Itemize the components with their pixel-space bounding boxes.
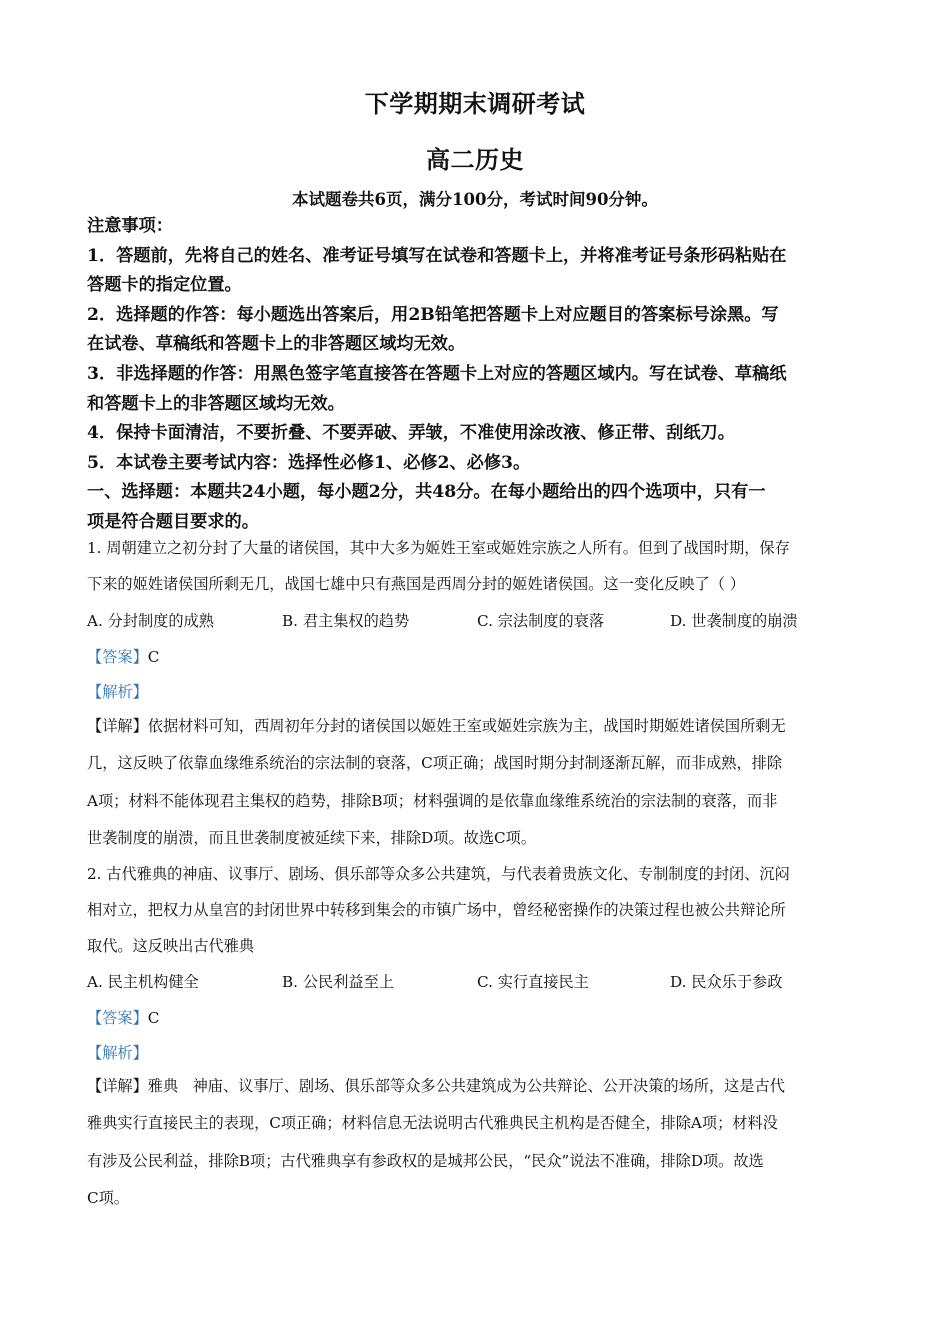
detail-line: 雅典实行直接民主的表现，C项正确；材料信息无法说明古代雅典民主机构是否健全，排除…	[87, 1105, 867, 1142]
question-line: 取代。这反映出古代雅典	[87, 928, 867, 964]
question-2-analysis: 【解析】	[87, 1042, 148, 1063]
answer-label: 【答案】	[87, 1009, 148, 1027]
detail-line: 依据材料可知，西周初年分封的诸侯国以姬姓王室或姬姓宗族为主，战国时期姬姓诸侯国所…	[148, 717, 786, 735]
detail-line: 几，这反映了依靠血缘维系统治的宗法制的衰落，C项正确；战国时期分封制逐渐瓦解，而…	[87, 745, 867, 782]
notice-line: 和答题卡上的非答题区域均无效。	[87, 390, 877, 420]
notice-section: 注意事项： 1．答题前，先将自己的姓名、准考证号填写在试卷和答题卡上，并将准考证…	[87, 212, 877, 538]
detail-line: 有涉及公民利益，排除B项；古代雅典享有参政权的是城邦公民，“民众”说法不准确，排…	[87, 1143, 867, 1180]
detail-line: C项。	[87, 1180, 867, 1217]
option-d: D. 世袭制度的崩溃	[670, 610, 798, 631]
detail-line: 雅典 神庙、议事厅、剧场、俱乐部等众多公共建筑成为公共辩论、公开决策的场所，这是…	[148, 1077, 785, 1095]
question-1-detail: 【详解】依据材料可知，西周初年分封的诸侯国以姬姓王室或姬姓宗族为主，战国时期姬姓…	[87, 708, 867, 857]
answer-value: C	[148, 648, 160, 666]
notice-line: 2．选择题的作答：每小题选出答案后，用2B铅笔把答题卡上对应题目的答案标号涂黑。…	[87, 301, 877, 331]
option-c: C. 实行直接民主	[477, 971, 589, 992]
option-d: D. 民众乐于参政	[670, 971, 782, 992]
question-line: 2. 古代雅典的神庙、议事厅、剧场、俱乐部等众多公共建筑，与代表着贵族文化、专制…	[87, 856, 867, 892]
question-2-stem: 2. 古代雅典的神庙、议事厅、剧场、俱乐部等众多公共建筑，与代表着贵族文化、专制…	[87, 856, 867, 964]
notice-line: 答题卡的指定位置。	[87, 271, 877, 301]
question-2-options: A. 民主机构健全 B. 公民利益至上 C. 实行直接民主 D. 民众乐于参政	[87, 971, 867, 1001]
notice-line: 在试卷、草稿纸和答题卡上的非答题区域均无效。	[87, 330, 877, 360]
question-1-stem: 1. 周朝建立之初分封了大量的诸侯国，其中大多为姬姓王室或姬姓宗族之人所有。但到…	[87, 530, 867, 602]
question-line: 1. 周朝建立之初分封了大量的诸侯国，其中大多为姬姓王室或姬姓宗族之人所有。但到…	[87, 530, 867, 566]
question-line: 相对立，把权力从皇宫的封闭世界中转移到集会的市镇广场中，曾经秘密操作的决策过程也…	[87, 892, 867, 928]
exam-title: 下学期期末调研考试	[0, 84, 950, 119]
exam-subject: 高二历史	[0, 140, 950, 175]
answer-value: C	[148, 1009, 160, 1027]
analysis-label: 【解析】	[87, 683, 148, 701]
exam-page: 下学期期末调研考试 高二历史 本试题卷共6页，满分100分，考试时间90分钟。 …	[0, 0, 950, 1344]
question-2-detail: 【详解】雅典 神庙、议事厅、剧场、俱乐部等众多公共建筑成为公共辩论、公开决策的场…	[87, 1068, 867, 1217]
notice-line: 1．答题前，先将自己的姓名、准考证号填写在试卷和答题卡上，并将准考证号条形码粘贴…	[87, 242, 877, 272]
analysis-label: 【解析】	[87, 1044, 148, 1062]
section-heading: 一、选择题：本题共24小题，每小题2分，共48分。在每小题给出的四个选项中，只有…	[87, 478, 877, 508]
answer-label: 【答案】	[87, 648, 148, 666]
notice-line: 4．保持卡面清洁，不要折叠、不要弄破、弄皱，不准使用涂改液、修正带、刮纸刀。	[87, 419, 877, 449]
option-b: B. 公民利益至上	[282, 971, 394, 992]
question-line: 下来的姬姓诸侯国所剩无几，战国七雄中只有燕国是西周分封的姬姓诸侯国。这一变化反映…	[87, 566, 867, 602]
option-b: B. 君主集权的趋势	[282, 610, 409, 631]
detail-line: A项；材料不能体现君主集权的趋势，排除B项；材料强调的是依靠血缘维系统治的宗法制…	[87, 783, 867, 820]
notice-line: 5．本试卷主要考试内容：选择性必修1、必修2、必修3。	[87, 449, 877, 479]
exam-info: 本试题卷共6页，满分100分，考试时间90分钟。	[0, 186, 950, 210]
option-a: A. 民主机构健全	[87, 971, 199, 992]
detail-label: 【详解】	[87, 1077, 148, 1095]
notice-heading: 注意事项：	[87, 212, 877, 242]
option-a: A. 分封制度的成熟	[87, 610, 214, 631]
question-1-analysis: 【解析】	[87, 681, 148, 702]
option-c: C. 宗法制度的衰落	[477, 610, 604, 631]
question-2-answer: 【答案】C	[87, 1007, 159, 1028]
question-1-options: A. 分封制度的成熟 B. 君主集权的趋势 C. 宗法制度的衰落 D. 世袭制度…	[87, 610, 867, 640]
question-1-answer: 【答案】C	[87, 646, 159, 667]
detail-line: 世袭制度的崩溃，而且世袭制度被延续下来，排除D项。故选C项。	[87, 820, 867, 857]
notice-line: 3．非选择题的作答：用黑色签字笔直接答在答题卡上对应的答题区域内。写在试卷、草稿…	[87, 360, 877, 390]
detail-label: 【详解】	[87, 717, 148, 735]
